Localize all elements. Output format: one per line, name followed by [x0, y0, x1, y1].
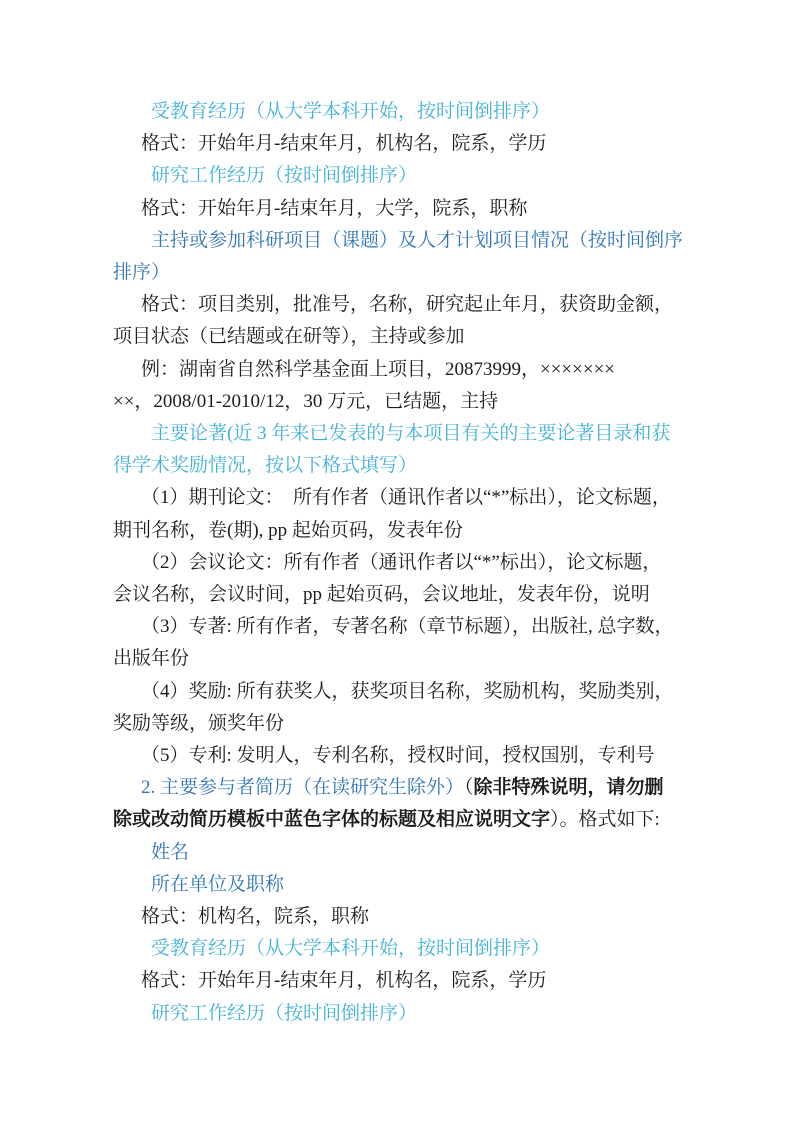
text-line: 项目状态（已结题或在研等），主持或参加: [113, 321, 681, 353]
text-line: 格式：项目类别，批准号，名称，研究起止年月，获资助金额，: [113, 289, 681, 321]
heading-segment: 主要论著(近 3 年来已发表的与本项目有关的主要论著目录和获: [151, 423, 670, 444]
heading-segment: 姓名: [151, 842, 189, 863]
text-segment: 例：湖南省自然科学基金面上项目，20873999，×××××××: [141, 359, 615, 380]
text-segment: 期刊名称，卷(期), pp 起始页码，发表年份: [113, 520, 463, 541]
text-segment: ）。格式如下:: [550, 809, 660, 830]
text-line: 主持或参加科研项目（课题）及人才计划项目情况（按时间倒序: [113, 225, 681, 257]
heading-segment: 受教育经历（从大学本科开始，按时间倒排序）: [151, 938, 550, 959]
text-segment: 格式：开始年月-结束年月，机构名，院系，学历: [141, 970, 546, 991]
text-segment: 会议名称，会议时间，pp 起始页码，会议地址，发表年份，说明: [113, 584, 650, 605]
text-line: （1）期刊论文： 所有作者（通讯作者以“*”标出），论文标题，: [113, 482, 681, 514]
text-segment: （1）期刊论文： 所有作者（通讯作者以“*”标出），论文标题，: [141, 487, 671, 508]
text-line: ××，2008/01-2010/12，30 万元，已结题，主持: [113, 386, 681, 418]
text-line: 格式：开始年月-结束年月，机构名，院系，学历: [113, 128, 681, 160]
text-segment: 项目状态（已结题或在研等），主持或参加: [113, 326, 465, 347]
text-line: 出版年份: [113, 643, 681, 675]
text-line: 姓名: [113, 837, 681, 869]
text-line: 得学术奖励情况，按以下格式填写）: [113, 450, 681, 482]
text-segment: 格式：机构名，院系，职称: [141, 906, 369, 927]
text-line: （3）专著: 所有作者，专著名称（章节标题），出版社, 总字数，: [113, 611, 681, 643]
heading-segment: 受教育经历（从大学本科开始，按时间倒排序）: [151, 101, 550, 122]
text-segment: （3）专著: 所有作者，专著名称（章节标题），出版社, 总字数，: [141, 616, 674, 637]
heading-segment: 所在单位及职称: [151, 874, 284, 895]
heading-segment: 得学术奖励情况，按以下格式填写）: [113, 455, 417, 476]
text-line: （2）会议论文：所有作者（通讯作者以“*”标出），论文标题，: [113, 547, 681, 579]
text-line: 奖励等级，颁奖年份: [113, 708, 681, 740]
document-body: 受教育经历（从大学本科开始，按时间倒排序）格式：开始年月-结束年月，机构名，院系…: [113, 96, 681, 1030]
text-line: 受教育经历（从大学本科开始，按时间倒排序）: [113, 933, 681, 965]
text-segment: （: [464, 777, 474, 798]
text-line: 研究工作经历（按时间倒排序）: [113, 160, 681, 192]
heading-segment: 研究工作经历（按时间倒排序）: [151, 165, 417, 186]
text-segment: 除非特殊说明，请勿删: [474, 777, 664, 798]
heading-segment: 主持或参加科研项目（课题）及人才计划项目情况（按时间倒序: [151, 230, 683, 251]
text-line: 格式：开始年月-结束年月，大学，院系，职称: [113, 193, 681, 225]
text-line: 除或改动简历模板中蓝色字体的标题及相应说明文字）。格式如下:: [113, 804, 681, 836]
heading-segment: 研究工作经历（按时间倒排序）: [151, 1003, 417, 1024]
text-line: 受教育经历（从大学本科开始，按时间倒排序）: [113, 96, 681, 128]
text-line: 例：湖南省自然科学基金面上项目，20873999，×××××××: [113, 354, 681, 386]
text-segment: ××，2008/01-2010/12，30 万元，已结题，主持: [113, 391, 498, 412]
document-page: 受教育经历（从大学本科开始，按时间倒排序）格式：开始年月-结束年月，机构名，院系…: [0, 0, 793, 1122]
text-line: 期刊名称，卷(期), pp 起始页码，发表年份: [113, 515, 681, 547]
text-line: （5）专利: 发明人，专利名称，授权时间，授权国别，专利号: [113, 740, 681, 772]
heading-segment: 2. 主要参与者简历（在读研究生除外）: [141, 777, 464, 798]
text-segment: （2）会议论文：所有作者（通讯作者以“*”标出），论文标题，: [141, 552, 661, 573]
text-segment: 格式：开始年月-结束年月，机构名，院系，学历: [141, 133, 546, 154]
text-line: 主要论著(近 3 年来已发表的与本项目有关的主要论著目录和获: [113, 418, 681, 450]
text-line: 2. 主要参与者简历（在读研究生除外）（除非特殊说明，请勿删: [113, 772, 681, 804]
text-line: 排序）: [113, 257, 681, 289]
text-segment: 格式：开始年月-结束年月，大学，院系，职称: [141, 198, 527, 219]
text-segment: （4）奖励: 所有获奖人，获奖项目名称，奖励机构，奖励类别，: [141, 681, 674, 702]
text-line: 格式：机构名，院系，职称: [113, 901, 681, 933]
text-segment: 除或改动简历模板中蓝色字体的标题及相应说明文字: [113, 809, 550, 830]
text-line: 会议名称，会议时间，pp 起始页码，会议地址，发表年份，说明: [113, 579, 681, 611]
heading-segment: 排序）: [113, 262, 170, 283]
text-line: 所在单位及职称: [113, 869, 681, 901]
text-line: 研究工作经历（按时间倒排序）: [113, 998, 681, 1030]
text-segment: 奖励等级，颁奖年份: [113, 713, 284, 734]
text-line: 格式：开始年月-结束年月，机构名，院系，学历: [113, 965, 681, 997]
text-segment: 格式：项目类别，批准号，名称，研究起止年月，获资助金额，: [141, 294, 673, 315]
text-segment: 出版年份: [113, 648, 189, 669]
text-segment: （5）专利: 发明人，专利名称，授权时间，授权国别，专利号: [141, 745, 655, 766]
text-line: （4）奖励: 所有获奖人，获奖项目名称，奖励机构，奖励类别，: [113, 676, 681, 708]
